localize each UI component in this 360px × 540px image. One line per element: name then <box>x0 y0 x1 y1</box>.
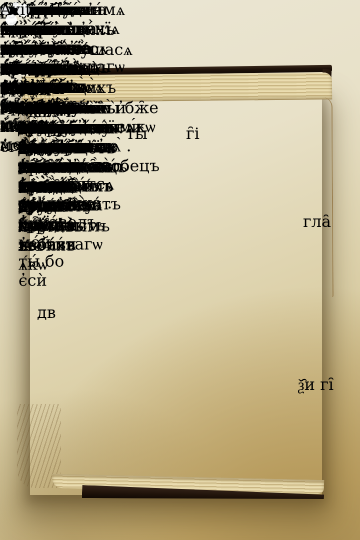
page-signature-mark: г̑і <box>186 124 200 143</box>
page-signature-mark: ѯ̑и гі̑ <box>298 375 334 395</box>
page-signature-mark: гла̑ <box>303 212 331 231</box>
avito-brand-text: Avito <box>0 0 41 19</box>
page-signature-mark: дв <box>37 303 56 322</box>
dust-speck <box>335 262 337 264</box>
dust-speck <box>300 60 302 62</box>
page-signature-mark: ты̑ <box>126 124 148 143</box>
listing-photo: и̓ поклони́мсѧ є̓му̀ во вѣ́ки .гла́съ мо… <box>0 0 360 540</box>
